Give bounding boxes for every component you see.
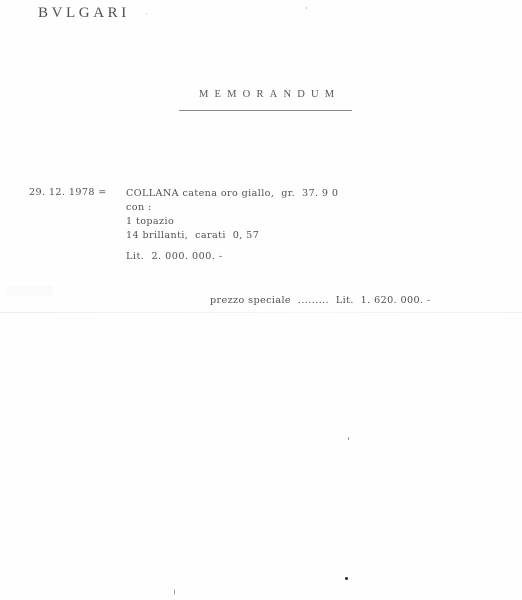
scan-speck (345, 577, 348, 580)
item-line-product: COLLANA catena oro giallo, gr. 37. 9 0 (126, 187, 338, 201)
item-description: COLLANA catena oro giallo, gr. 37. 9 0 c… (126, 187, 338, 243)
special-price: prezzo speciale ......... Lit. 1. 620. 0… (210, 295, 431, 306)
memorandum-page: BVLGARI MEMORANDUM 29. 12. 1978 = COLLAN… (0, 0, 522, 600)
scan-speck (174, 589, 175, 595)
item-line-with: con : (126, 201, 338, 215)
entry-date: 29. 12. 1978 = (29, 187, 107, 198)
title-underline (179, 110, 352, 111)
scan-speck (306, 7, 307, 9)
list-price: Lit. 2. 000. 000. - (126, 251, 223, 262)
item-line-diamonds: 14 brillanti, carati 0, 57 (126, 229, 338, 243)
brand-letterhead: BVLGARI (38, 5, 130, 22)
document-title: MEMORANDUM (199, 89, 340, 100)
scan-speck (348, 437, 349, 440)
item-line-topaz: 1 topazio (126, 215, 338, 229)
scan-speck (146, 13, 147, 14)
paper-fold-line (0, 312, 522, 313)
scan-smudge (6, 286, 54, 296)
